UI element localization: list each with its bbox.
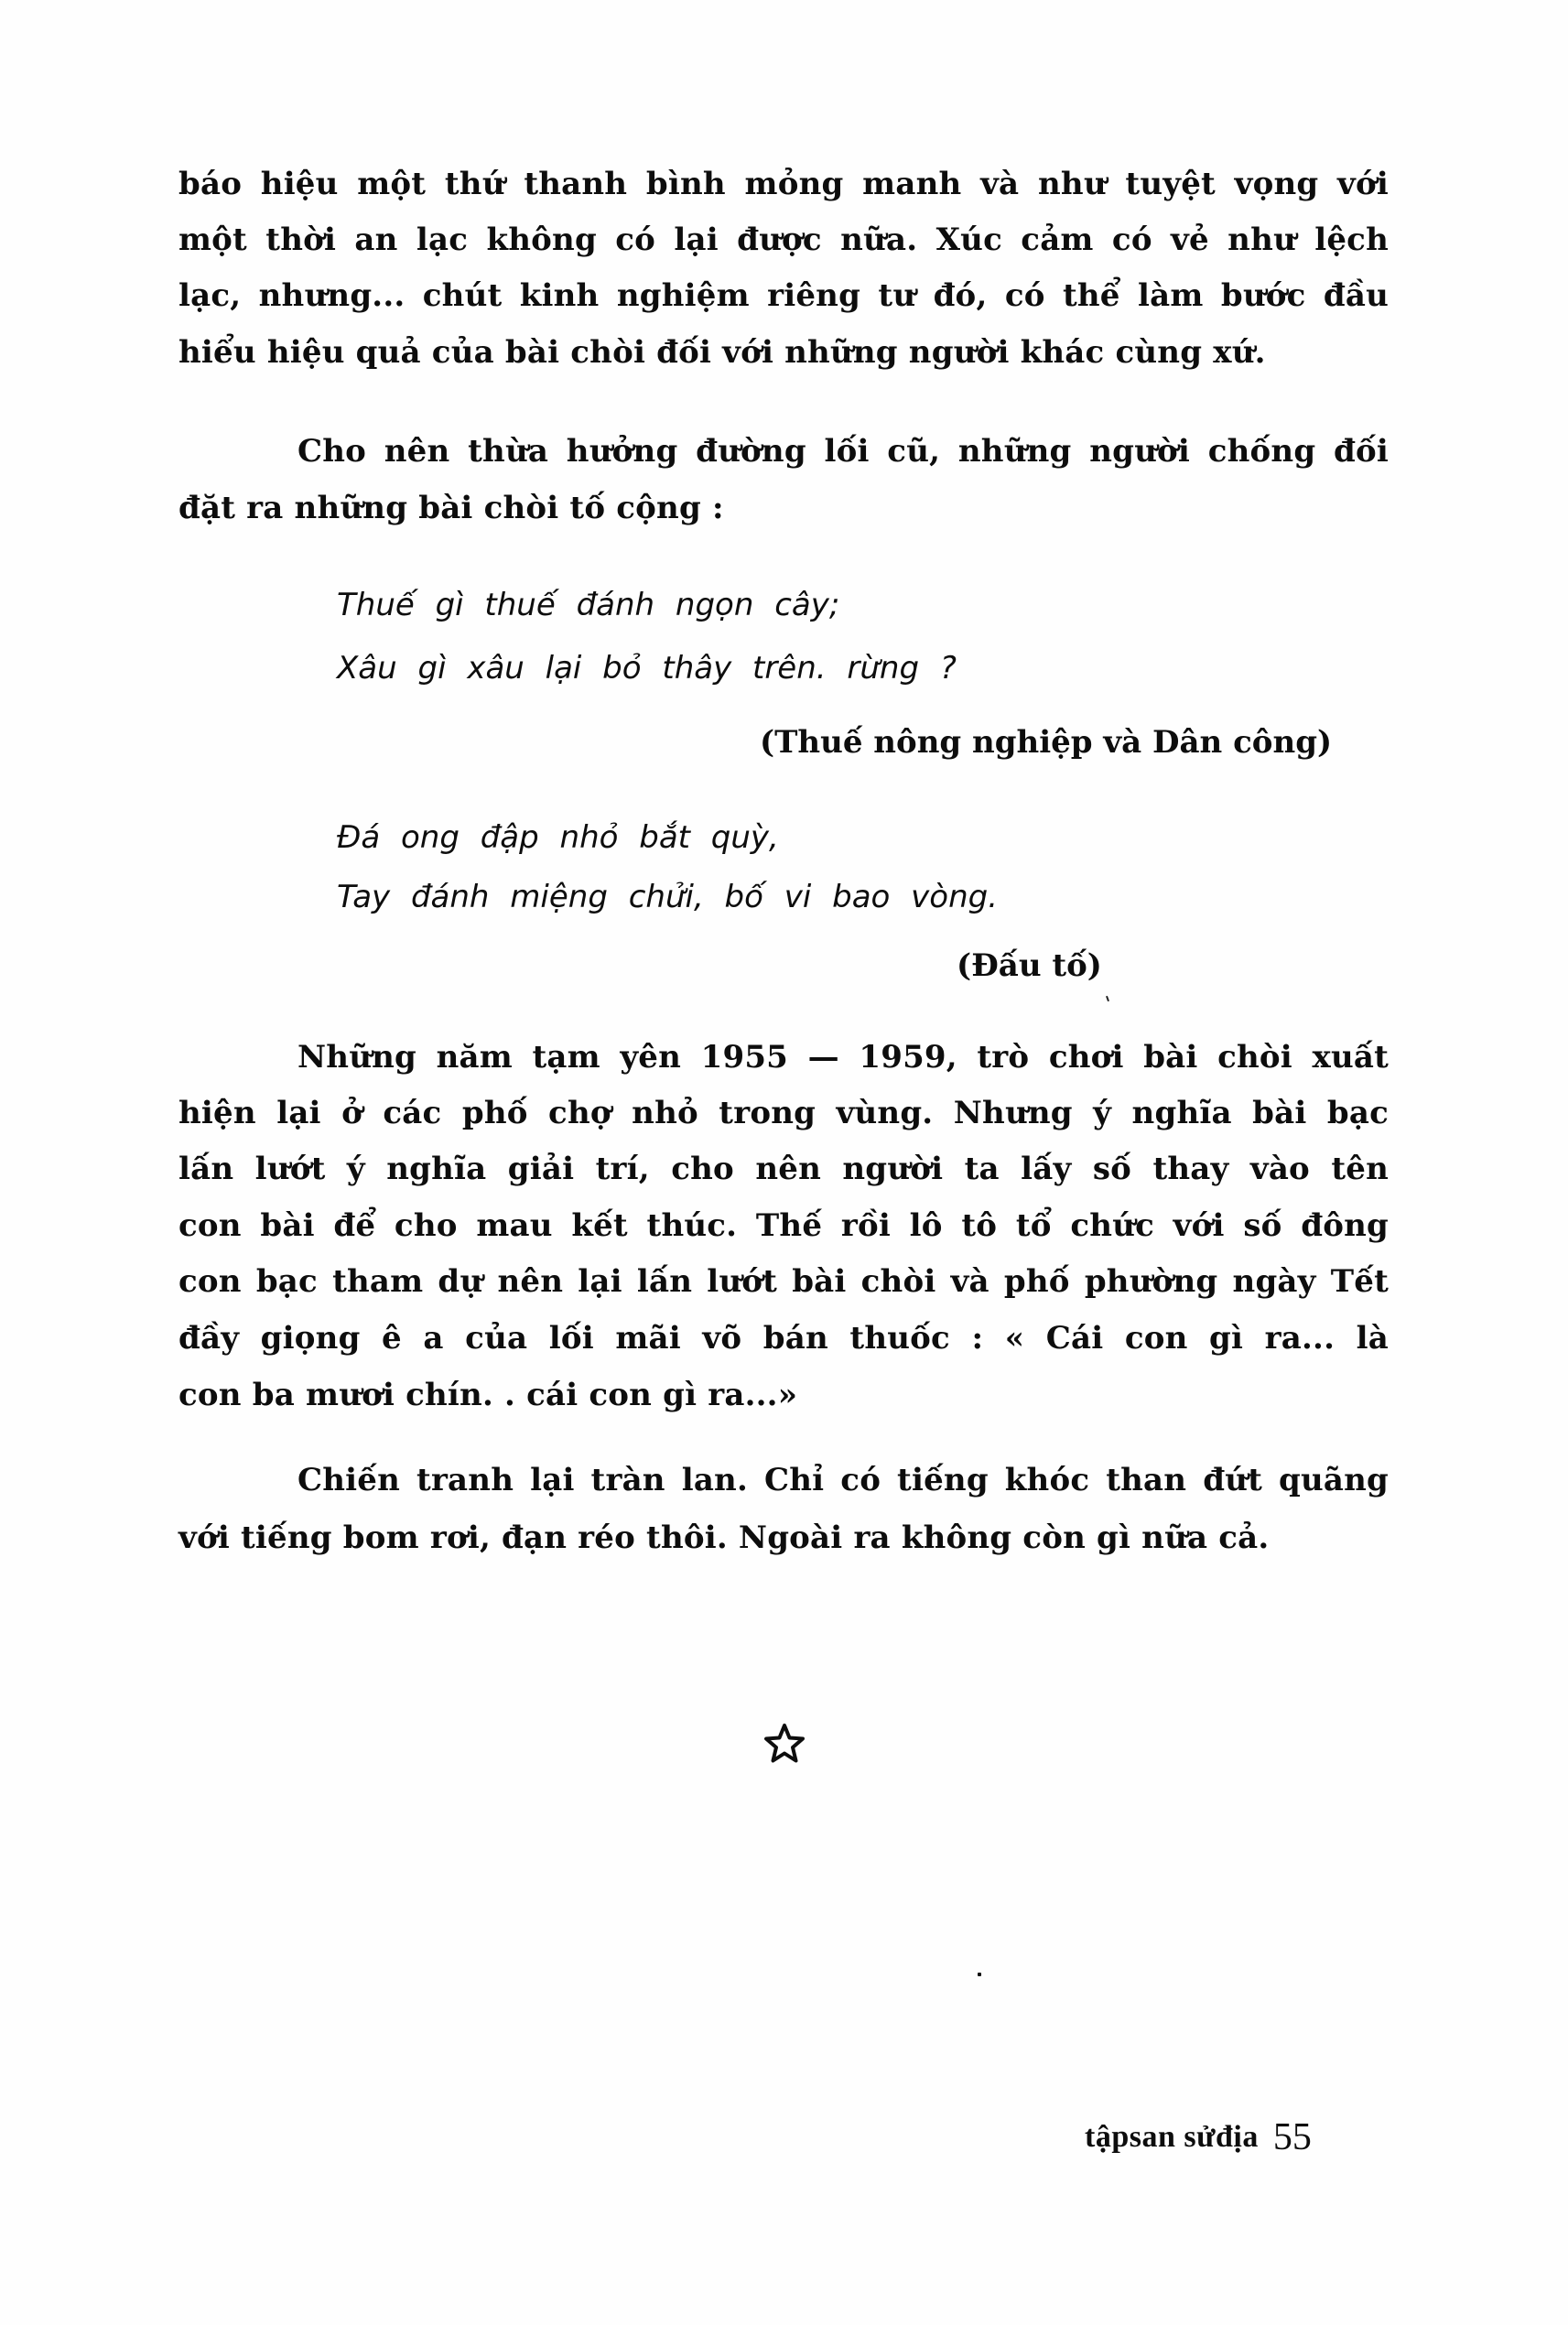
paragraph-3-line-3: lấn lướt ý nghĩa giải trí, cho nên người… [178,1146,1389,1192]
publication-title: tậpsan sửđịa [1085,2120,1259,2154]
verse-1-attribution: (Thuế nông nghiệp và Dân công) [760,719,1332,765]
scanned-page: báo hiệu một thứ thanh bình mỏng manh và… [0,0,1568,2325]
page-footer: tậpsan sửđịa55 [1085,2110,1312,2165]
scan-speck [978,1973,981,1976]
verse-2-line-2: Tay đánh miệng chửi, bố vi bao vòng. [337,874,998,920]
paragraph-1-line-4: hiểu hiệu quả của bài chòi đối với những… [178,330,1389,375]
paragraph-2-line-2: đặt ra những bài chòi tố cộng : [178,485,1389,531]
paragraph-3-line-1: Những năm tạm yên 1955 — 1959, trò chơi … [297,1034,1389,1080]
verse-2-attribution: (Đấu tố) [957,943,1102,989]
paragraph-4-line-2: với tiếng bom rơi, đạn réo thôi. Ngoài r… [178,1515,1389,1561]
paragraph-3-line-4: con bài để cho mau kết thúc. Thế rồi lô … [178,1203,1389,1249]
star-outline-icon [762,1721,807,1767]
paragraph-3-line-2: hiện lại ở các phố chợ nhỏ trong vùng. N… [178,1090,1389,1136]
paragraph-2-line-1: Cho nên thừa hưởng đường lối cũ, những n… [297,428,1389,474]
paragraph-3-line-5: con bạc tham dự nên lại lấn lướt bài chò… [178,1259,1389,1304]
verse-1-line-1: Thuế gì thuế đánh ngọn cây; [337,582,839,628]
scan-speck [1106,996,1109,1001]
paragraph-3-line-7: con ba mươi chín. . cái con gì ra...» [178,1372,1389,1418]
paragraph-3-line-6: đầy giọng ê a của lối mãi võ bán thuốc :… [178,1315,1389,1361]
paragraph-1-line-1: báo hiệu một thứ thanh bình mỏng manh và… [178,161,1389,207]
paragraph-4-line-1: Chiến tranh lại tràn lan. Chỉ có tiếng k… [297,1457,1389,1503]
paragraph-1-line-2: một thời an lạc không có lại được nữa. X… [178,217,1389,263]
page-number: 55 [1273,2116,1312,2158]
verse-2-line-1: Đá ong đập nhỏ bắt quỳ, [337,815,779,860]
paragraph-1-line-3: lạc, nhưng... chút kinh nghiệm riêng tư … [178,273,1389,319]
verse-1-line-2: Xâu gì xâu lại bỏ thây trên. rừng ? [337,645,957,691]
